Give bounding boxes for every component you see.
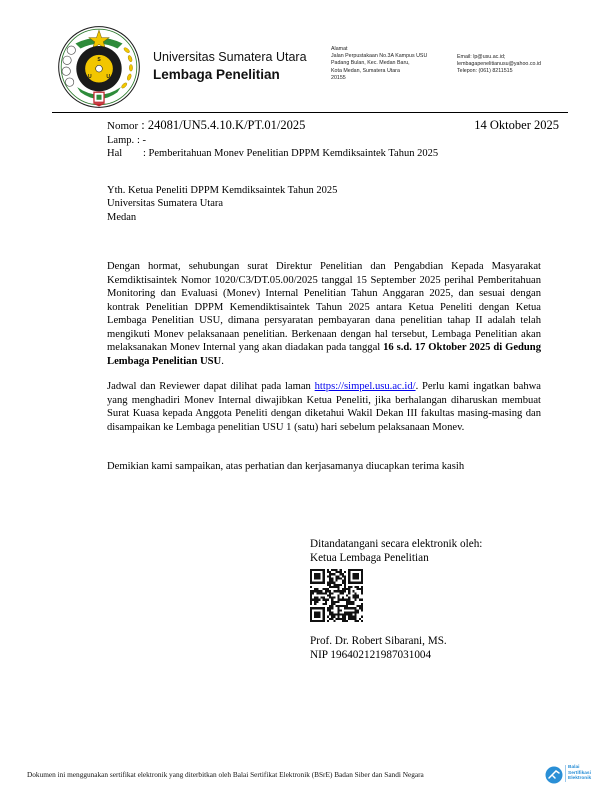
attachment-line: Lamp.: - (107, 134, 146, 147)
header-divider (52, 112, 568, 113)
recipient-line: Medan (107, 211, 337, 224)
footer-certificate-note: Dokumen ini menggunakan sertifikat elekt… (27, 770, 424, 779)
address-label: Alamat (331, 46, 427, 53)
bsre-divider (565, 765, 566, 782)
para2-before: Jadwal dan Reviewer dapat dilihat pada l… (107, 381, 315, 392)
signatory-block: Prof. Dr. Robert Sibarani, MS. NIP 19640… (310, 635, 447, 662)
address-line: Kota Medan, Sumatera Utara (331, 68, 427, 75)
address-line: Padang Bulan, Kec. Medan Baru, (331, 60, 427, 67)
unit-name: Lembaga Penelitian (153, 67, 280, 82)
svg-text:U: U (88, 74, 92, 80)
letter-number: Nomor : 24081/UN5.4.10.K/PT.01/2025 (107, 119, 305, 133)
signatory-nip: NIP 196402121987031004 (310, 649, 447, 663)
signature-line-2: Ketua Lembaga Penelitian (310, 552, 482, 566)
body-paragraph-1: Dengan hormat, sehubungan surat Direktur… (107, 260, 541, 368)
recipient-block: Yth. Ketua Peneliti DPPM Kemdiksaintek T… (107, 184, 337, 224)
signatory-name: Prof. Dr. Robert Sibarani, MS. (310, 635, 447, 649)
para1-end: . (221, 356, 224, 367)
subject-line: Hal: Pemberitahuan Monev Penelitian DPPM… (107, 147, 438, 160)
bsre-line: Elektronik (568, 776, 591, 782)
nomor-label: Nomor (107, 120, 138, 133)
hal-value: Pemberitahuan Monev Penelitian DPPM Kemd… (149, 148, 439, 159)
contact-block: Email: lp@usu.ac.id; lembagapenelitianus… (457, 54, 541, 76)
qr-code-icon (310, 568, 363, 623)
contact-email: Email: lp@usu.ac.id; (457, 54, 541, 61)
signature-line-1: Ditandatangani secara elektronik oleh: (310, 538, 482, 552)
letter-date: 14 Oktober 2025 (474, 119, 559, 132)
nomor-value: 24081/UN5.4.10.K/PT.01/2025 (148, 118, 305, 132)
closing-paragraph: Demikian kami sampaikan, atas perhatian … (107, 460, 541, 474)
signature-header: Ditandatangani secara elektronik oleh: K… (310, 538, 482, 565)
svg-text:U: U (106, 74, 110, 80)
simpel-link[interactable]: https://simpel.usu.ac.id/ (315, 381, 416, 392)
institution-name: Universitas Sumatera Utara (153, 50, 307, 64)
bsre-label: Balai Sertifikasi Elektronik (568, 765, 591, 782)
address-block: Alamat Jalan Perpustakaan No.3A Kampus U… (331, 46, 427, 82)
usu-seal-logo-icon: S U U (57, 25, 141, 109)
para1-text: Dengan hormat, sehubungan surat Direktur… (107, 261, 541, 353)
address-line: 20155 (331, 75, 427, 82)
contact-phone: Telepon: (061) 8211515 (457, 68, 541, 75)
lamp-value: - (143, 135, 147, 146)
lamp-label: Lamp. (107, 134, 137, 147)
recipient-line: Universitas Sumatera Utara (107, 197, 337, 210)
recipient-line: Yth. Ketua Peneliti DPPM Kemdiksaintek T… (107, 184, 337, 197)
body-paragraph-2: Jadwal dan Reviewer dapat dilihat pada l… (107, 380, 541, 434)
hal-label: Hal (107, 147, 143, 160)
nomor-separator: : (138, 118, 148, 132)
address-line: Jalan Perpustakaan No.3A Kampus USU (331, 53, 427, 60)
contact-email-alt: lembagapenelitianusu@yahoo.co.id (457, 61, 541, 68)
